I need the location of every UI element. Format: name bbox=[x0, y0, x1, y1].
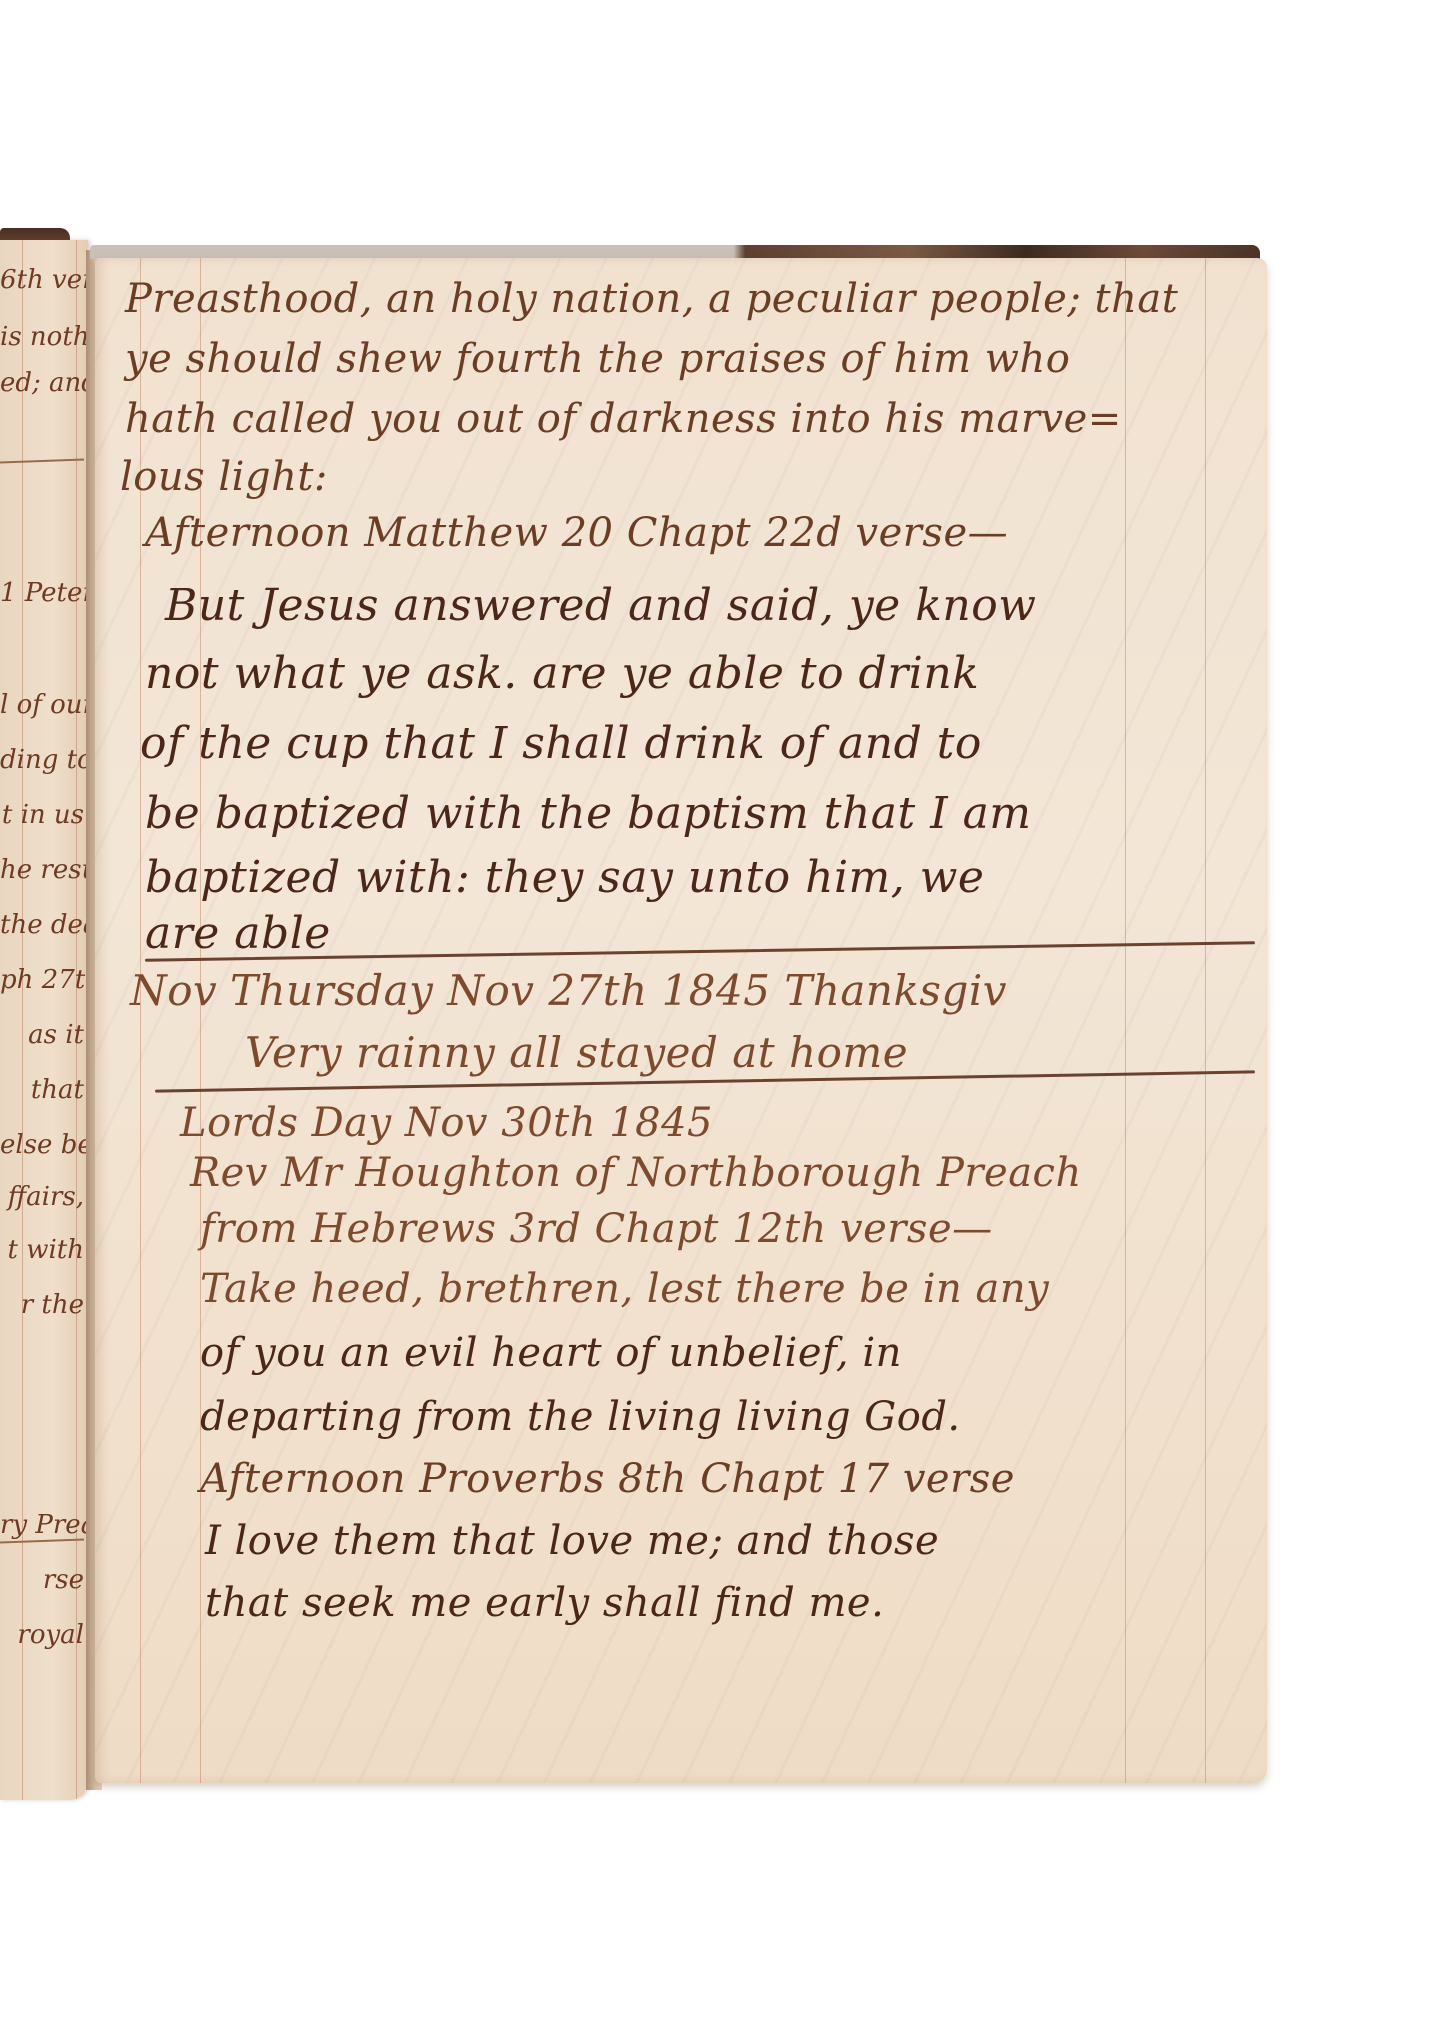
left-page-fragment: rse bbox=[0, 1565, 88, 1595]
left-page-fragment: l of our bbox=[0, 690, 88, 720]
left-page-fragment: royal bbox=[0, 1620, 88, 1650]
left-page-fragment: ry Preac bbox=[0, 1510, 88, 1540]
handwritten-line: ye should shew fourth the praises of him… bbox=[125, 336, 1070, 382]
left-page-fragment: that bbox=[0, 1075, 88, 1105]
left-page-fragment: 1 Peter bbox=[0, 578, 88, 608]
scripture-reference: from Hebrews 3rd Chapt 12th verse— bbox=[200, 1206, 993, 1252]
handwritten-line: be baptized with the baptism that I am bbox=[145, 788, 1032, 839]
handwritten-line: of the cup that I shall drink of and to bbox=[140, 718, 982, 769]
left-page-fragment: t in us bbox=[0, 800, 88, 830]
left-page-fragment: ed; and hi bbox=[0, 368, 88, 398]
left-page-fragment: ffairs, bbox=[0, 1182, 88, 1212]
margin-month-label: Nov bbox=[130, 966, 217, 1015]
handwritten-line: not what ye ask. are ye able to drink bbox=[145, 648, 979, 699]
handwritten-line: I love them that love me; and those bbox=[205, 1518, 939, 1564]
left-page-fragment: t with bbox=[0, 1235, 88, 1265]
margin-rule bbox=[1205, 258, 1206, 1783]
left-page-fragment: is nothing bbox=[0, 322, 88, 352]
left-page-fragment: as it bbox=[0, 1020, 88, 1050]
handwritten-line: Take heed, brethren, lest there be in an… bbox=[200, 1266, 1049, 1312]
scripture-reference: Afternoon Proverbs 8th Chapt 17 verse bbox=[200, 1456, 1015, 1502]
handwritten-line: hath called you out of darkness into his… bbox=[125, 396, 1122, 442]
handwritten-line: Rev Mr Houghton of Northborough Preach bbox=[190, 1150, 1082, 1196]
handwritten-line: that seek me early shall find me. bbox=[205, 1580, 884, 1626]
handwritten-line: But Jesus answered and said, ye know bbox=[165, 580, 1036, 631]
entry-date-line: Lords Day Nov 30th 1845 bbox=[180, 1100, 713, 1146]
handwritten-line: lous light: bbox=[120, 454, 328, 500]
handwritten-line: of you an evil heart of unbelief, in bbox=[200, 1330, 902, 1376]
handwritten-line: departing from the living living God. bbox=[200, 1394, 961, 1440]
scripture-reference: Afternoon Matthew 20 Chapt 22d verse— bbox=[145, 510, 1008, 556]
handwritten-line: Very rainny all stayed at home bbox=[245, 1028, 908, 1077]
left-page-fragment: r the bbox=[0, 1290, 88, 1320]
left-page-fragment: else be bbox=[0, 1130, 88, 1160]
left-page-fragment: 6th verse bbox=[0, 265, 88, 295]
photo-scene: 6th verseis nothinged; and hi1 Peterl of… bbox=[0, 0, 1445, 2023]
left-page-fragment: the dead bbox=[0, 910, 88, 940]
left-page-fragment: ph 27th bbox=[0, 965, 88, 995]
marbled-cover-edge bbox=[90, 245, 1260, 259]
margin-rule bbox=[1125, 258, 1126, 1783]
handwritten-line: Preasthood, an holy nation, a peculiar p… bbox=[125, 276, 1178, 322]
handwritten-line: baptized with: they say unto him, we bbox=[145, 852, 984, 903]
left-page-fragment: he resur- bbox=[0, 855, 88, 885]
manuscript-page: Preasthood, an holy nation, a peculiar p… bbox=[95, 258, 1267, 1783]
left-page-fragment: ding to bbox=[0, 745, 88, 775]
entry-date-line: Thursday Nov 27th 1845 Thanksgiv bbox=[230, 966, 1007, 1015]
handwritten-line: are able bbox=[145, 908, 331, 959]
